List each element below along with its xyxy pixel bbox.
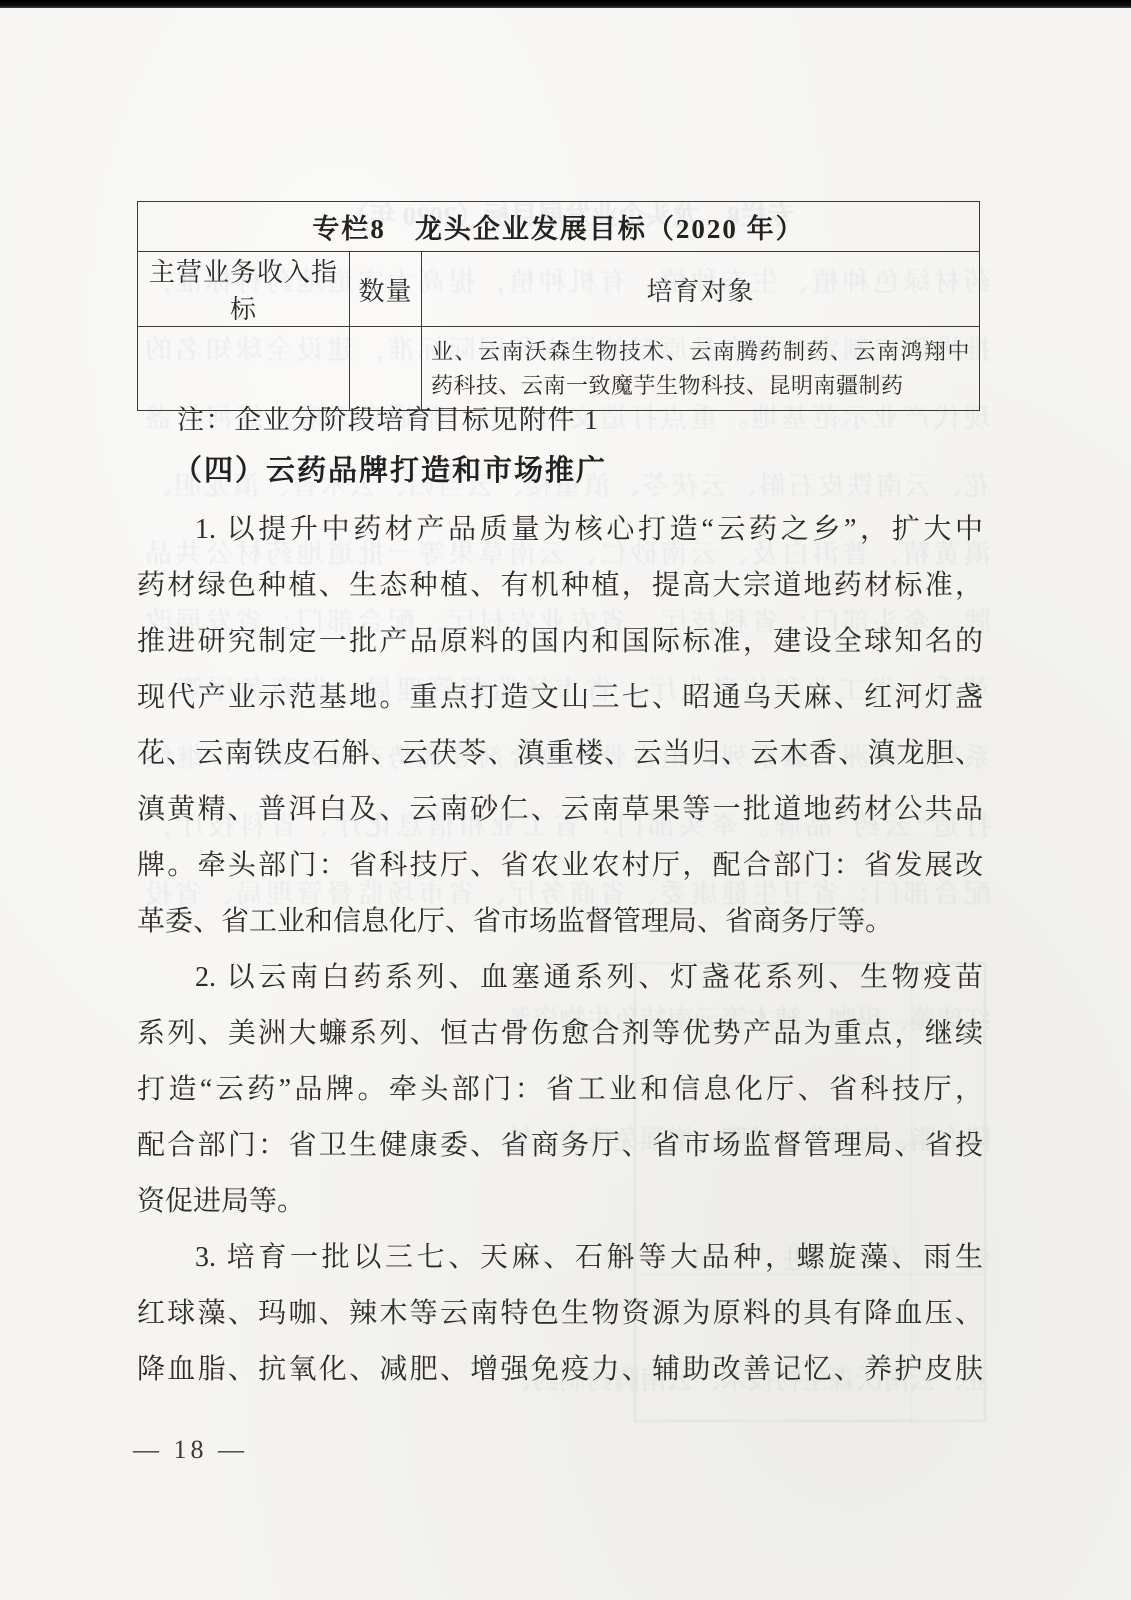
scan-edge-artifact [0,0,1131,8]
table-title: 专栏8 龙头企业发展目标（2020 年） [138,202,980,252]
text-line: 革委、省工业和信息化厅、省市场监督管理局、省商务厅等。 [137,894,983,950]
leading-enterprise-goals-table: 专栏8 龙头企业发展目标（2020 年） 主营业务收入指标 数量 培育对象 业、… [137,201,980,411]
text-line: 配合部门：省卫生健康委、省商务厅、省市场监督管理局、省投 [137,1118,983,1174]
text-line: 红球藻、玛咖、辣木等云南特色生物资源为原料的具有降血压、 [137,1286,983,1342]
text-line: 打造“云药”品牌。牵头部门：省工业和信息化厅、省科技厅， [137,1062,983,1118]
text-line: 2. 以云南白药系列、血塞通系列、灯盏花系列、生物疫苗 [137,950,983,1006]
text-line: 资促进局等。 [137,1174,983,1230]
text-line: 推进研究制定一批产品原料的国内和国际标准，建设全球知名的 [137,614,983,670]
text-line: 滇黄精、普洱白及、云南砂仁、云南草果等一批道地药材公共品 [137,782,983,838]
scanned-document-page: 专栏8 龙头企业发展目标（2020 年） 药材绿色种植、生态种植、有机种植，提高… [0,0,1131,1600]
text-line: 花、云南铁皮石斛、云茯苓、滇重楼、云当归、云木香、滇龙胆、 [137,726,983,782]
page-number: — 18 — [133,1435,248,1465]
text-line: 牌。牵头部门：省科技厅、省农业农村厅，配合部门：省发展改 [137,838,983,894]
table-note: 注：企业分阶段培育目标见附件 1 [137,400,983,440]
cell-income-indicator [138,327,350,411]
text-line: 药材绿色种植、生态种植、有机种植，提高大宗道地药材标准， [137,558,983,614]
section-heading: （四）云药品牌打造和市场推广 [137,449,983,493]
text-line: 1. 以提升中药材产品质量为核心打造“云药之乡”，扩大中 [137,502,983,558]
text-line: 系列、美洲大蠊系列、恒古骨伤愈合剂等优势产品为重点，继续 [137,1006,983,1062]
table-header-row: 主营业务收入指标 数量 培育对象 [138,252,980,327]
body-text: 1. 以提升中药材产品质量为核心打造“云药之乡”，扩大中 药材绿色种植、生态种植… [137,502,983,1398]
table-body-row: 业、云南沃森生物技术、云南腾药制药、云南鸿翔中药科技、云南一致魔芋生物科技、昆明… [138,327,980,411]
table-title-row: 专栏8 龙头企业发展目标（2020 年） [138,202,980,252]
text-line: 现代产业示范基地。重点打造文山三七、昭通乌天麻、红河灯盏 [137,670,983,726]
header-cultivate-targets: 培育对象 [422,252,980,327]
cell-quantity [350,327,422,411]
text-line: 降血脂、抗氧化、减肥、增强免疫力、辅助改善记忆、养护皮肤 [137,1342,983,1398]
header-quantity: 数量 [350,252,422,327]
header-income-indicator: 主营业务收入指标 [138,252,350,327]
text-line: 3. 培育一批以三七、天麻、石斛等大品种，螺旋藻、雨生 [137,1230,983,1286]
cell-cultivate-targets: 业、云南沃森生物技术、云南腾药制药、云南鸿翔中药科技、云南一致魔芋生物科技、昆明… [422,327,980,411]
